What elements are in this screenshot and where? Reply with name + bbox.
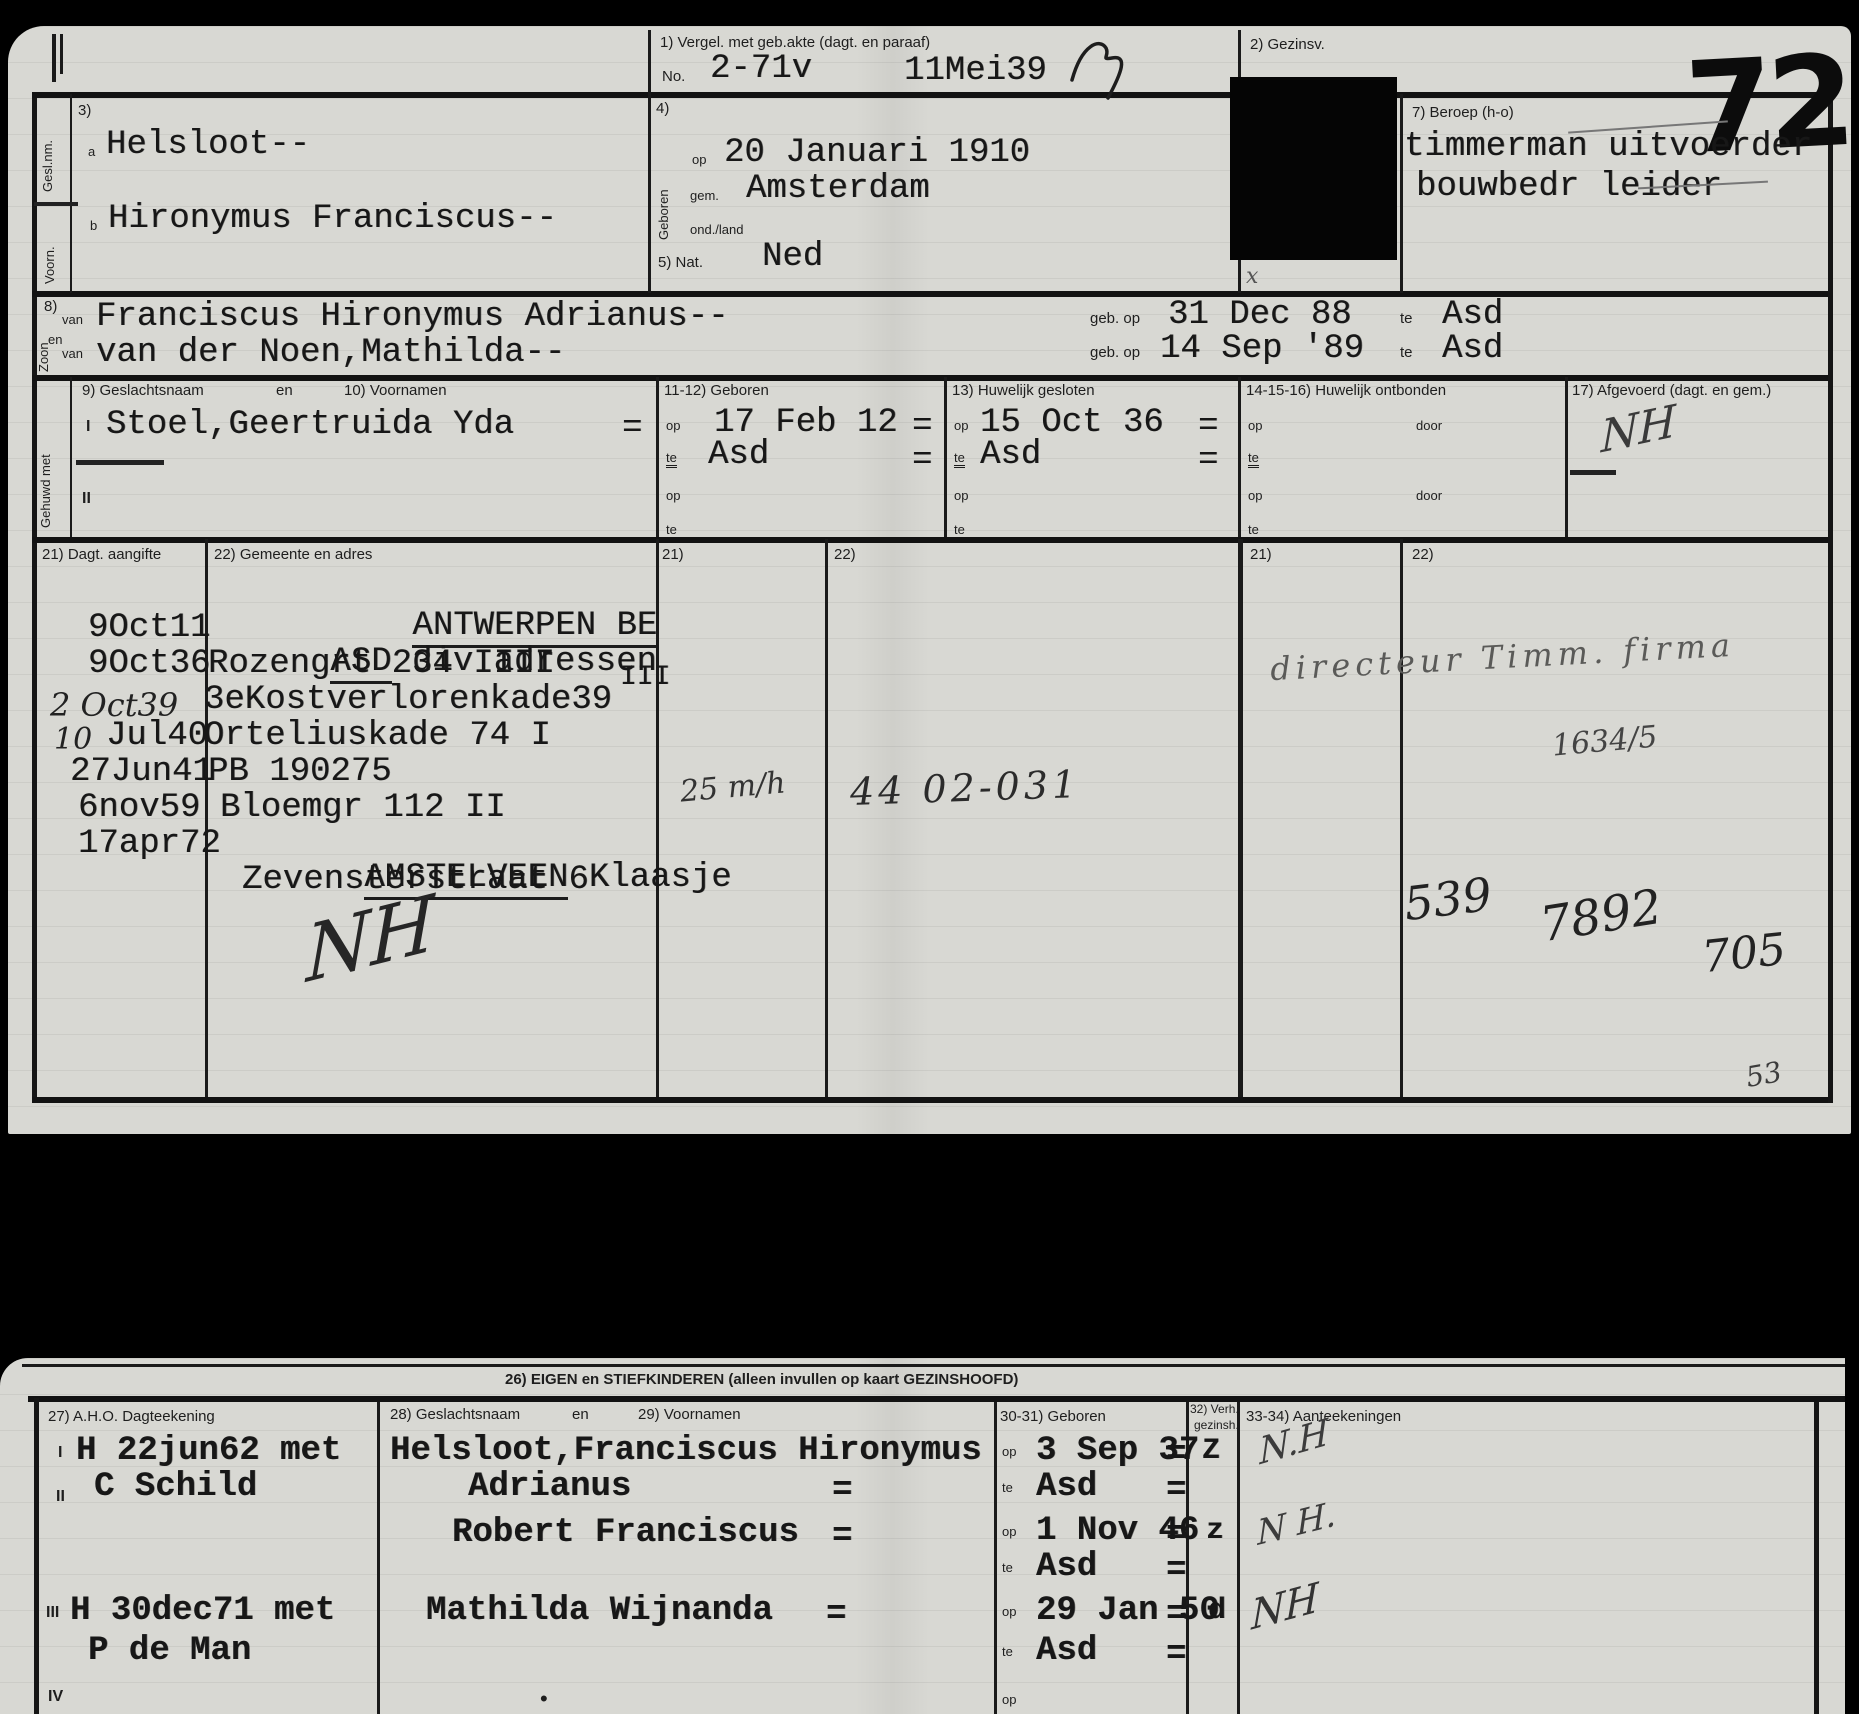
born-gem-label: gem.: [690, 188, 719, 203]
number-539: 539: [1401, 867, 1495, 931]
equals-mark: =: [1166, 1598, 1186, 1632]
header-22c: 22): [1412, 546, 1434, 563]
child-name-line2: Adrianus: [468, 1470, 631, 1504]
grid-line: [1238, 539, 1243, 1097]
grid-tick: [52, 34, 56, 82]
header-21b: 21): [662, 546, 684, 563]
header-gemeente-adres: 22) Gemeente en adres: [214, 546, 372, 563]
address-date: 9Oct36: [88, 647, 210, 681]
marriage-date: 15 Oct 36: [980, 406, 1164, 440]
grid-line: [70, 377, 72, 537]
number-7892: 7892: [1536, 879, 1665, 953]
firstnames-value: Hironymus Franciscus--: [108, 202, 557, 236]
mother-name: van der Noen,Mathilda--: [96, 336, 565, 370]
field1-no-label: No.: [662, 68, 685, 85]
child-name: Mathilda Wijnanda: [426, 1594, 773, 1628]
address-row: Rozengrt 234 IIII: [208, 647, 555, 681]
equals-mark: =: [832, 1474, 852, 1508]
grid-line: [32, 375, 1832, 381]
op-label: op: [1002, 1444, 1016, 1459]
header-en: en: [276, 382, 293, 399]
grid-line: [32, 291, 1832, 297]
child-spouse: P de Man: [88, 1634, 251, 1668]
child-name: Robert Franciscus: [452, 1516, 799, 1550]
handwritten-x-mark: x: [1246, 264, 1258, 289]
address-date: 6nov59: [78, 791, 200, 825]
te-label: te: [666, 522, 677, 537]
equals-mark: =: [912, 410, 932, 444]
nationality-value: Ned: [762, 240, 823, 274]
van-label: van: [62, 312, 83, 327]
grid-line: [377, 1402, 380, 1714]
address-row: Bloemgr 112 II: [220, 791, 506, 825]
address-row: 3eKostverlorenkade39: [204, 683, 612, 717]
te-label: te: [1002, 1480, 1013, 1495]
grid-line: [32, 537, 1832, 543]
occupation-note: directeur Timm. firma: [1269, 626, 1736, 688]
te-label: te: [1400, 344, 1413, 361]
field8-num: 8): [44, 298, 57, 315]
op-label: op: [1002, 1604, 1016, 1619]
header-verh-gezinsh: 32) Verh.: [1190, 1402, 1239, 1416]
grid-line: [32, 1097, 1832, 1103]
geb-op-label: geb. op: [1090, 310, 1140, 327]
field3a-label: a: [88, 144, 95, 159]
grid-line: [34, 1398, 39, 1714]
children-band-title: 26) EIGEN en STIEFKINDEREN (alleen invul…: [505, 1371, 1018, 1388]
child-row-num: IV: [48, 1688, 63, 1706]
akte-date: 11Mei39: [904, 54, 1047, 88]
beroep-label: 7) Beroep (h-o): [1412, 104, 1514, 121]
akte-number: 2-71v: [710, 52, 812, 86]
grid-line: [32, 94, 37, 1103]
equals-mark: =: [1198, 410, 1218, 444]
header-geboren: 11-12) Geboren: [664, 382, 769, 399]
header-aho-dagteekening: 27) A.H.O. Dagteekening: [48, 1408, 215, 1425]
equals-mark: =: [1166, 1438, 1186, 1472]
grid-line: [22, 1364, 1859, 1367]
child-row-num: III: [46, 1604, 59, 1622]
address-row: PB 190275: [208, 755, 392, 789]
op-label: op: [954, 418, 968, 433]
child-birthplace: Asd: [1036, 1470, 1097, 1504]
te-label: te: [1002, 1644, 1013, 1659]
field3-num: 3): [78, 102, 91, 119]
op-label: op: [666, 488, 680, 503]
te-label: te: [1248, 522, 1259, 537]
field4-num: 4): [656, 100, 669, 117]
number-53: 53: [1743, 1055, 1784, 1094]
scan-edge: [1845, 1358, 1859, 1714]
child-relation: d: [1208, 1596, 1226, 1626]
field1-label: 1) Vergel. met geb.akte (dagt. en paraaf…: [660, 34, 930, 51]
address-row: Orteliuskade 74 I: [204, 719, 551, 753]
header-geslachtsnaam: 9) Geslachtsnaam: [82, 382, 204, 399]
child-birthplace: Asd: [1036, 1634, 1097, 1668]
blank-dash: [76, 460, 164, 465]
address-date: 9Oct11: [88, 611, 210, 645]
op-label: op: [1002, 1692, 1016, 1707]
father-birthplace: Asd: [1442, 298, 1503, 332]
header-21c: 21): [1250, 546, 1272, 563]
op-label: op: [666, 418, 680, 433]
equals-mark: =: [826, 1598, 846, 1632]
roman-i: I: [86, 418, 90, 436]
address-floor-superscript: III: [620, 664, 670, 692]
grid-line: [656, 377, 659, 537]
grid-line: [944, 377, 947, 537]
header-22b: 22): [834, 546, 856, 563]
father-name: Franciscus Hironymus Adrianus--: [96, 300, 729, 334]
number-note: 1634/5: [1551, 719, 1659, 763]
op-label: op: [1248, 418, 1262, 433]
op-label: op: [1002, 1524, 1016, 1539]
birth-date-value: 20 Januari 1910: [724, 136, 1030, 170]
spouse-name: Stoel,Geertruida Yda: [106, 408, 514, 442]
op-label: op: [954, 488, 968, 503]
birth-place-value: Amsterdam: [746, 172, 930, 206]
grid-line: [1814, 1402, 1819, 1714]
header-voornamen: 10) Voornamen: [344, 382, 447, 399]
grid-line: [1238, 377, 1241, 537]
child-birthplace: Asd: [1036, 1550, 1097, 1584]
child-relation: Z: [1202, 1436, 1220, 1466]
header-verh-gezinsh2: gezinsh.: [1194, 1418, 1239, 1432]
grid-line: [1565, 377, 1568, 537]
grid-line: [648, 94, 651, 293]
te-label: te: [1002, 1560, 1013, 1575]
grid-line: [825, 539, 828, 1097]
address-date-handwritten: 10: [54, 722, 92, 757]
equals-mark: =: [1166, 1554, 1186, 1588]
grid-line: [1828, 94, 1833, 1103]
en-label: en: [48, 332, 62, 347]
spouse-birthdate: 17 Feb 12: [714, 406, 898, 440]
te-label: te: [666, 450, 677, 468]
father-birthdate: 31 Dec 88: [1168, 298, 1352, 332]
beroep-line1: timmerman uitvoerder: [1404, 130, 1812, 164]
grid-line: [648, 30, 651, 94]
geb-op-label: geb. op: [1090, 344, 1140, 361]
equals-mark: =: [622, 412, 642, 446]
blank-dash: [1570, 470, 1616, 475]
door-label: door: [1416, 488, 1442, 503]
afgevoerd-note: NH: [1601, 395, 1676, 463]
door-label: door: [1416, 418, 1442, 433]
address-text: Klaasje: [568, 859, 731, 897]
child-row-num: II: [56, 1488, 65, 1506]
child-marriage-date: H 30dec71 met: [70, 1594, 335, 1628]
phone-note: 44 02-031: [849, 762, 1081, 814]
surname-value: Helsloot--: [106, 128, 310, 162]
child-note: NH: [1251, 1574, 1319, 1640]
child-row-num: I: [58, 1444, 62, 1462]
grid-line: [28, 1396, 1859, 1402]
spouse-birthplace: Asd: [708, 438, 769, 472]
children-card: 26) EIGEN en STIEFKINDEREN (alleen invul…: [0, 1358, 1859, 1714]
person-card: 1) Vergel. met geb.akte (dagt. en paraaf…: [8, 26, 1851, 1134]
te-label: te: [954, 450, 965, 468]
mid-column-note: 25 m/h: [679, 765, 787, 809]
child-marriage-date: H 22jun62 met: [76, 1434, 341, 1468]
born-side-label: Geboren: [656, 189, 671, 240]
equals-mark: =: [1198, 444, 1218, 478]
grid-line: [1400, 539, 1403, 1097]
header-huwelijk-ontbonden: 14-15-16) Huwelijk ontbonden: [1246, 382, 1446, 399]
number-705: 705: [1700, 924, 1789, 983]
grid-line: [70, 94, 72, 293]
marriage-place: Asd: [980, 438, 1041, 472]
firstname-side-label: Voorn.: [42, 246, 57, 284]
header-dagt-aangifte: 21) Dagt. aangifte: [42, 546, 161, 563]
paraaf-mark-icon: [1066, 36, 1146, 102]
field3b-label: b: [90, 218, 97, 233]
mother-birthplace: Asd: [1442, 332, 1503, 366]
te-label: te: [1400, 310, 1413, 327]
header-geboren: 30-31) Geboren: [1000, 1408, 1106, 1425]
equals-mark: =: [1166, 1474, 1186, 1508]
born-country-label: ond./land: [690, 222, 744, 237]
child-spouse: C Schild: [94, 1470, 257, 1504]
op-label: op: [1248, 488, 1262, 503]
registry-card-scan: 1) Vergel. met geb.akte (dagt. en paraaf…: [0, 0, 1859, 1714]
te-label: te: [1248, 450, 1259, 468]
child-relation: z: [1206, 1516, 1224, 1546]
van-label: van: [62, 346, 83, 361]
grid-line: [994, 1402, 997, 1714]
grid-line: [1237, 1402, 1240, 1714]
equals-mark: =: [912, 444, 932, 478]
child-name: Helsloot,Franciscus Hironymus: [390, 1434, 982, 1468]
header-geslachtsnaam: 28) Geslachtsnaam: [390, 1406, 520, 1423]
address-date: 27Jun41: [70, 755, 213, 789]
te-label: te: [954, 522, 965, 537]
address-date: 17apr72: [78, 827, 221, 861]
child-birthdate: 29 Jan 50: [1036, 1594, 1220, 1628]
roman-ii: II: [82, 490, 91, 508]
header-voornamen: 29) Voornamen: [638, 1406, 741, 1423]
grid-line: [1400, 94, 1403, 293]
equals-mark: =: [1166, 1518, 1186, 1552]
grid-line: [32, 92, 1832, 98]
divider: [34, 202, 78, 206]
nationality-label: 5) Nat.: [658, 254, 703, 271]
address-date: Jul40: [106, 719, 208, 753]
field2-label: 2) Gezinsv.: [1250, 36, 1325, 53]
equals-mark: =: [1166, 1638, 1186, 1672]
born-op-label: op: [692, 152, 706, 167]
child-note: N H.: [1256, 1494, 1336, 1554]
equals-mark: =: [832, 1520, 852, 1554]
grid-tick: [60, 34, 63, 74]
mother-birthdate: 14 Sep '89: [1160, 332, 1364, 366]
header-huwelijk-gesloten: 13) Huwelijk gesloten: [952, 382, 1095, 399]
header-en: en: [572, 1406, 589, 1423]
redaction-box: [1230, 77, 1397, 260]
married-side-label: Gehuwd met: [38, 454, 53, 528]
surname-side-label: Gesl.nm.: [40, 140, 55, 192]
typed-dot: •: [540, 1686, 548, 1712]
